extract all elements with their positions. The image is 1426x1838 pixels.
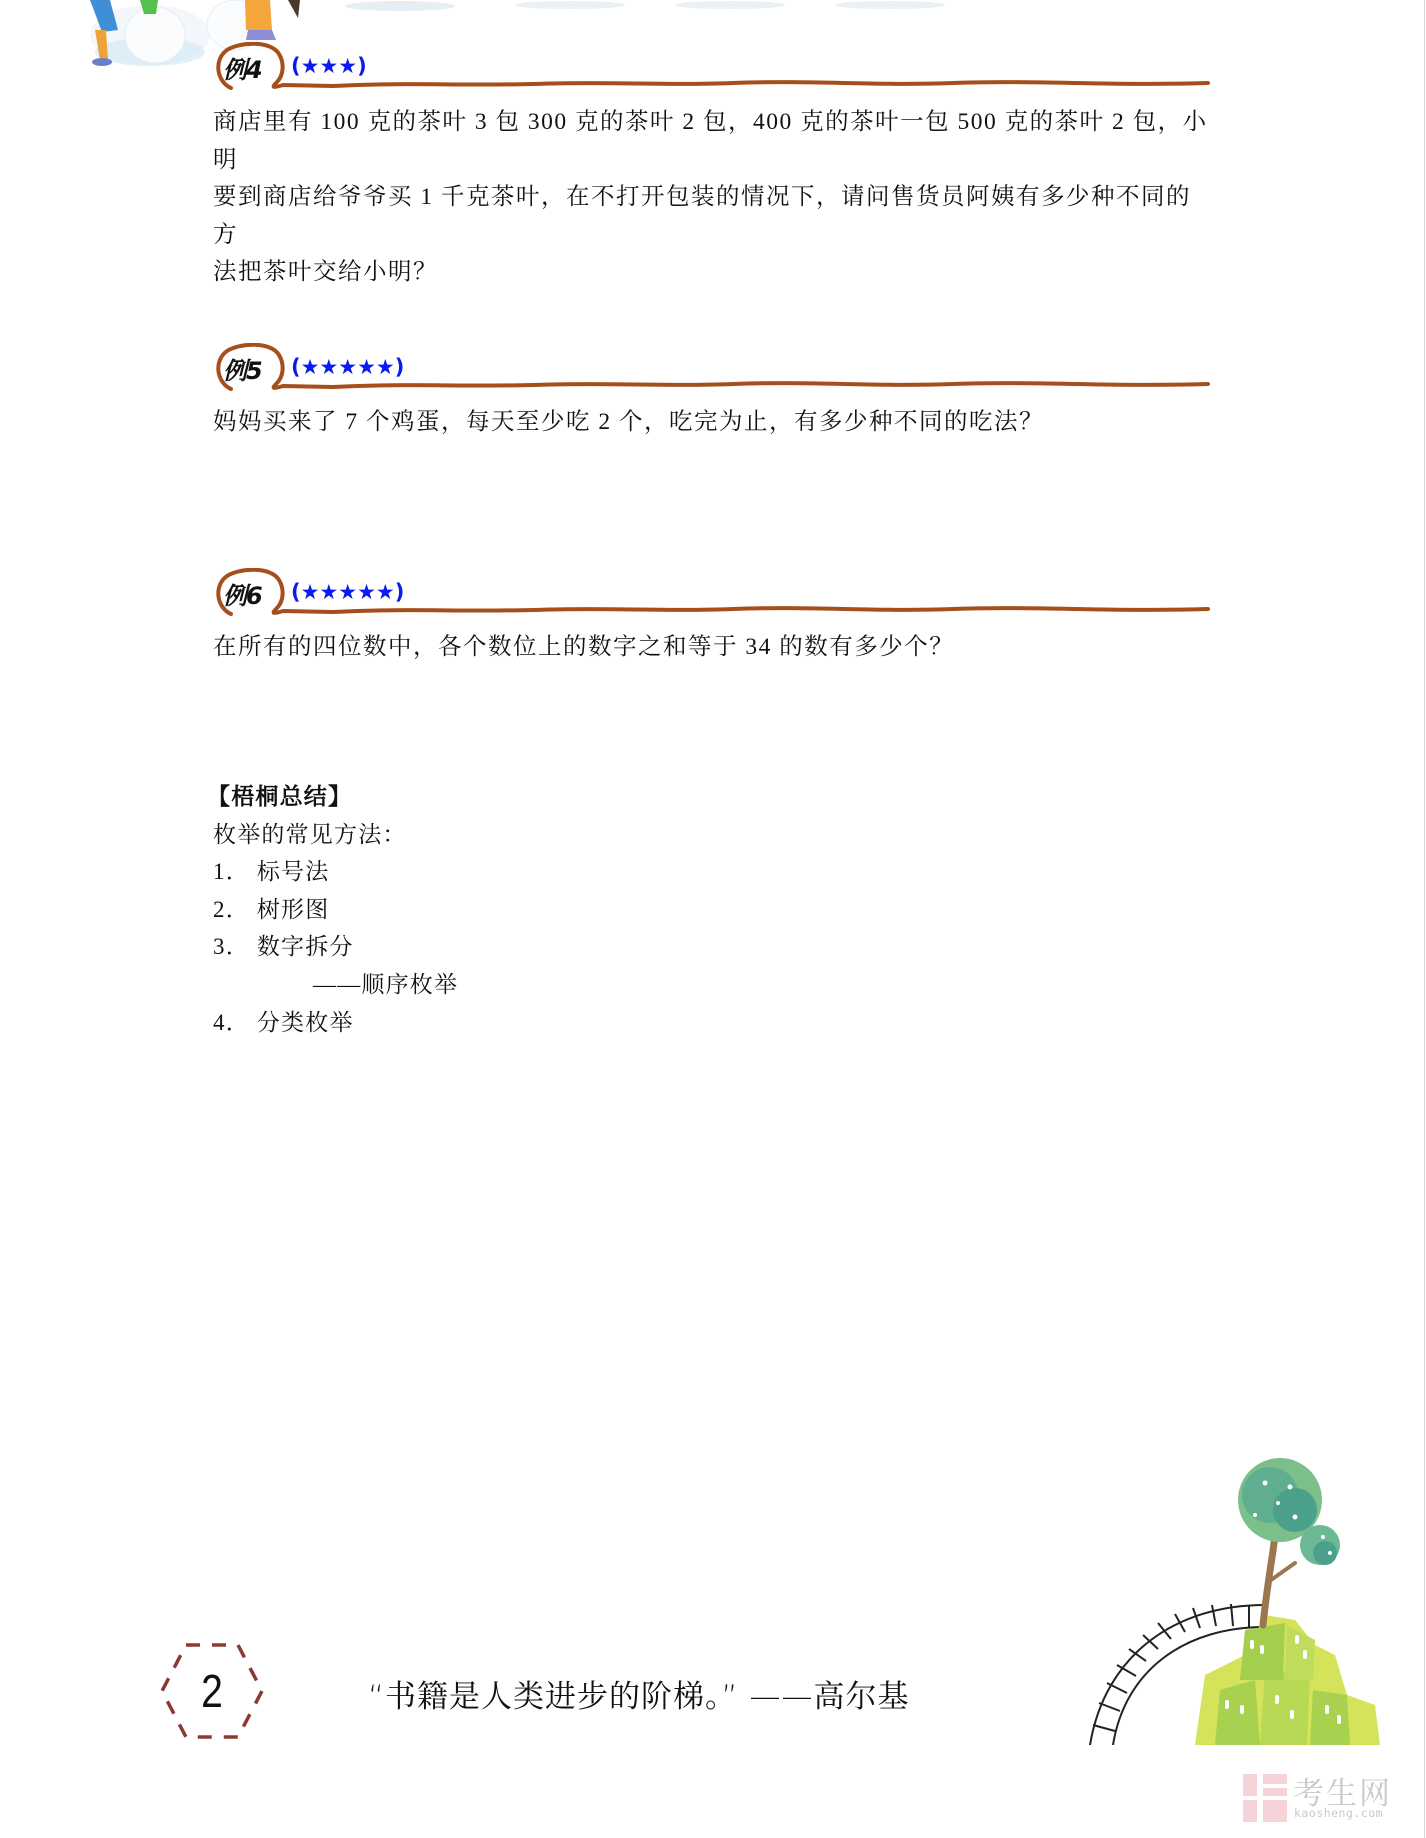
summary-subitem: ——顺序枚举 [213,966,458,1004]
summary-title: 【梧桐总结】 [207,778,458,816]
example-label: 例5 [223,351,262,386]
question-line: 在所有的四位数中，各个数位上的数字之和等于 34 的数有多少个？ [213,629,1213,667]
example-4-question: 商店里有 100 克的茶叶 3 包 300 克的茶叶 2 包，400 克的茶叶一… [213,104,1213,292]
example-label: 例6 [223,576,262,611]
question-line: 法把茶叶交给小明？ [213,254,1213,292]
summary-intro: 枚举的常见方法： [213,816,458,854]
question-line: 商店里有 100 克的茶叶 3 包 300 克的茶叶 2 包，400 克的茶叶一… [213,104,1213,179]
kaosheng-watermark: 考生网 kaosheng.com [1243,1772,1423,1824]
summary-item: 2． 树形图 [213,891,458,929]
example-6-header: 例6 (★★★★★) [213,568,1213,618]
question-line: 妈妈买来了 7 个鸡蛋，每天至少吃 2 个，吃完为止，有多少种不同的吃法？ [213,404,1213,442]
question-line: 要到商店给爷爷买 1 千克茶叶，在不打开包装的情况下，请问售货员阿姨有多少种不同… [213,179,1213,254]
example-6-question: 在所有的四位数中，各个数位上的数字之和等于 34 的数有多少个？ [213,629,1213,667]
difficulty-stars: (★★★★★) [291,580,404,604]
summary-item: 1． 标号法 [213,853,458,891]
example-5-question: 妈妈买来了 7 个鸡蛋，每天至少吃 2 个，吃完为止，有多少种不同的吃法？ [213,404,1213,442]
page-number: 2 [166,1641,258,1741]
watermark-domain: kaosheng.com [1294,1806,1383,1820]
difficulty-stars: (★★★★★) [291,355,404,379]
example-label: 例4 [223,50,262,85]
page-edge-line [1424,0,1425,1838]
page-number-badge: 2 [158,1641,266,1741]
tree-ladder-buildings-illustration [1085,1455,1385,1745]
summary-item: 3． 数字拆分 [213,928,458,966]
summary-item: 4． 分类枚举 [213,1004,458,1042]
cloud-decoration [330,0,1030,14]
example-4-header: 例4 (★★★) [213,42,1213,92]
footer-quote: “书籍是人类进步的阶梯。” ——高尔基 [368,1671,909,1716]
example-5-header: 例5 (★★★★★) [213,343,1213,393]
summary-section: 【梧桐总结】 枚举的常见方法： 1． 标号法 2． 树形图 3． 数字拆分 ——… [213,778,458,1041]
difficulty-stars: (★★★) [291,54,367,78]
kaosheng-logo-icon [1243,1774,1289,1822]
